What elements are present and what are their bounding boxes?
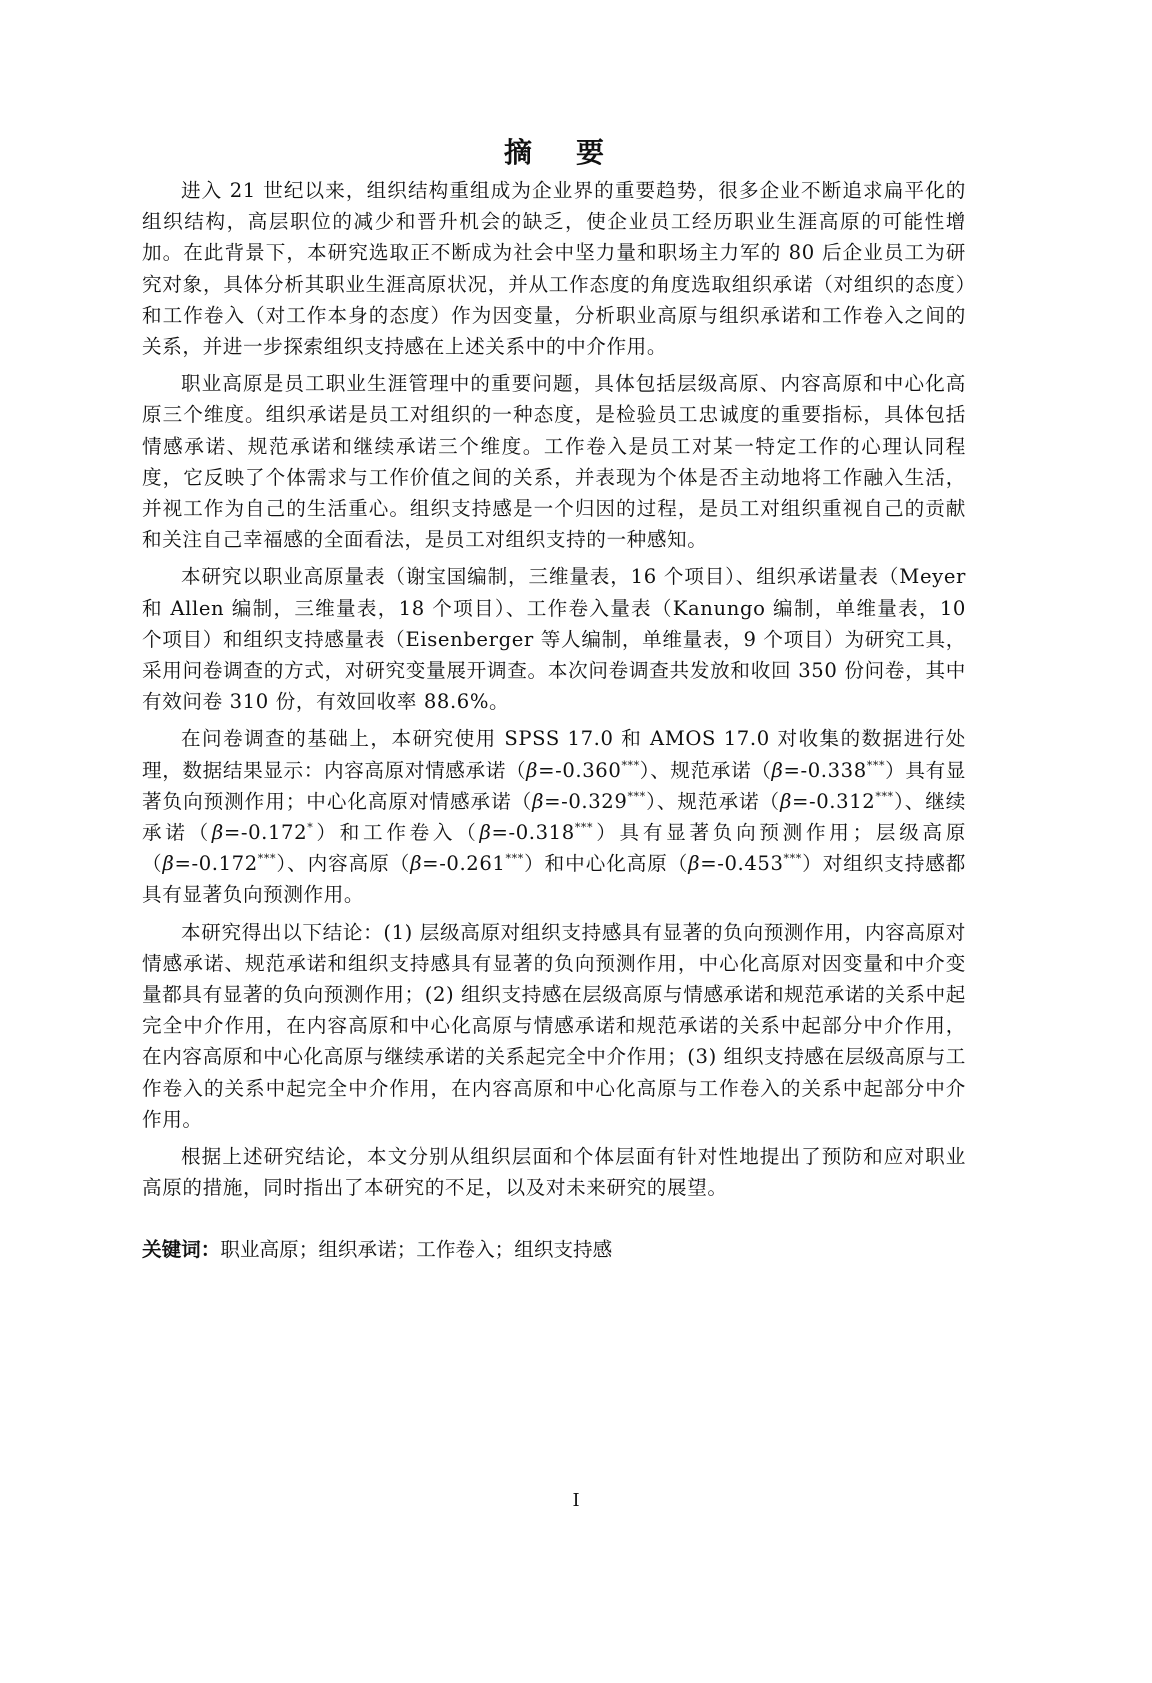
keywords-value: 职业高原；组织承诺；工作卷入；组织支持感 — [220, 1238, 612, 1261]
beta-symbol: β — [480, 821, 492, 844]
abstract-paragraph-definitions: 职业高原是员工职业生涯管理中的重要问题，具体包括层级高原、内容高原和中心化高原三… — [142, 368, 966, 555]
abstract-paragraph-background: 进入 21 世纪以来，组织结构重组成为企业界的重要趋势，很多企业不断追求扁平化的… — [142, 175, 966, 362]
abstract-paragraph-implications: 根据上述研究结论，本文分别从组织层面和个体层面有针对性地提出了预防和应对职业高原… — [142, 1141, 966, 1203]
beta-symbol: β — [526, 759, 538, 782]
abstract-paragraph-results: 在问卷调查的基础上，本研究使用 SPSS 17.0 和 AMOS 17.0 对收… — [142, 723, 966, 910]
keywords-line: 关键词：职业高原；组织承诺；工作卷入；组织支持感 — [142, 1234, 966, 1265]
beta-symbol: β — [772, 759, 784, 782]
abstract-paragraph-method: 本研究以职业高原量表（谢宝国编制，三维量表，16 个项目）、组织承诺量表（Mey… — [142, 561, 966, 717]
beta-symbol: β — [532, 790, 544, 813]
beta-symbol: β — [410, 852, 422, 875]
beta-symbol: β — [163, 852, 175, 875]
beta-symbol: β — [212, 821, 224, 844]
beta-symbol: β — [780, 790, 792, 813]
keywords-label: 关键词： — [142, 1238, 220, 1261]
abstract-paragraph-conclusions: 本研究得出以下结论：(1) 层级高原对组织支持感具有显著的负向预测作用，内容高原… — [142, 917, 966, 1135]
abstract-title: 摘要 — [186, 135, 966, 171]
abstract-page: 摘要 进入 21 世纪以来，组织结构重组成为企业界的重要趋势，很多企业不断追求扁… — [142, 135, 966, 1265]
beta-symbol: β — [688, 852, 700, 875]
page-number: I — [0, 1490, 1152, 1511]
